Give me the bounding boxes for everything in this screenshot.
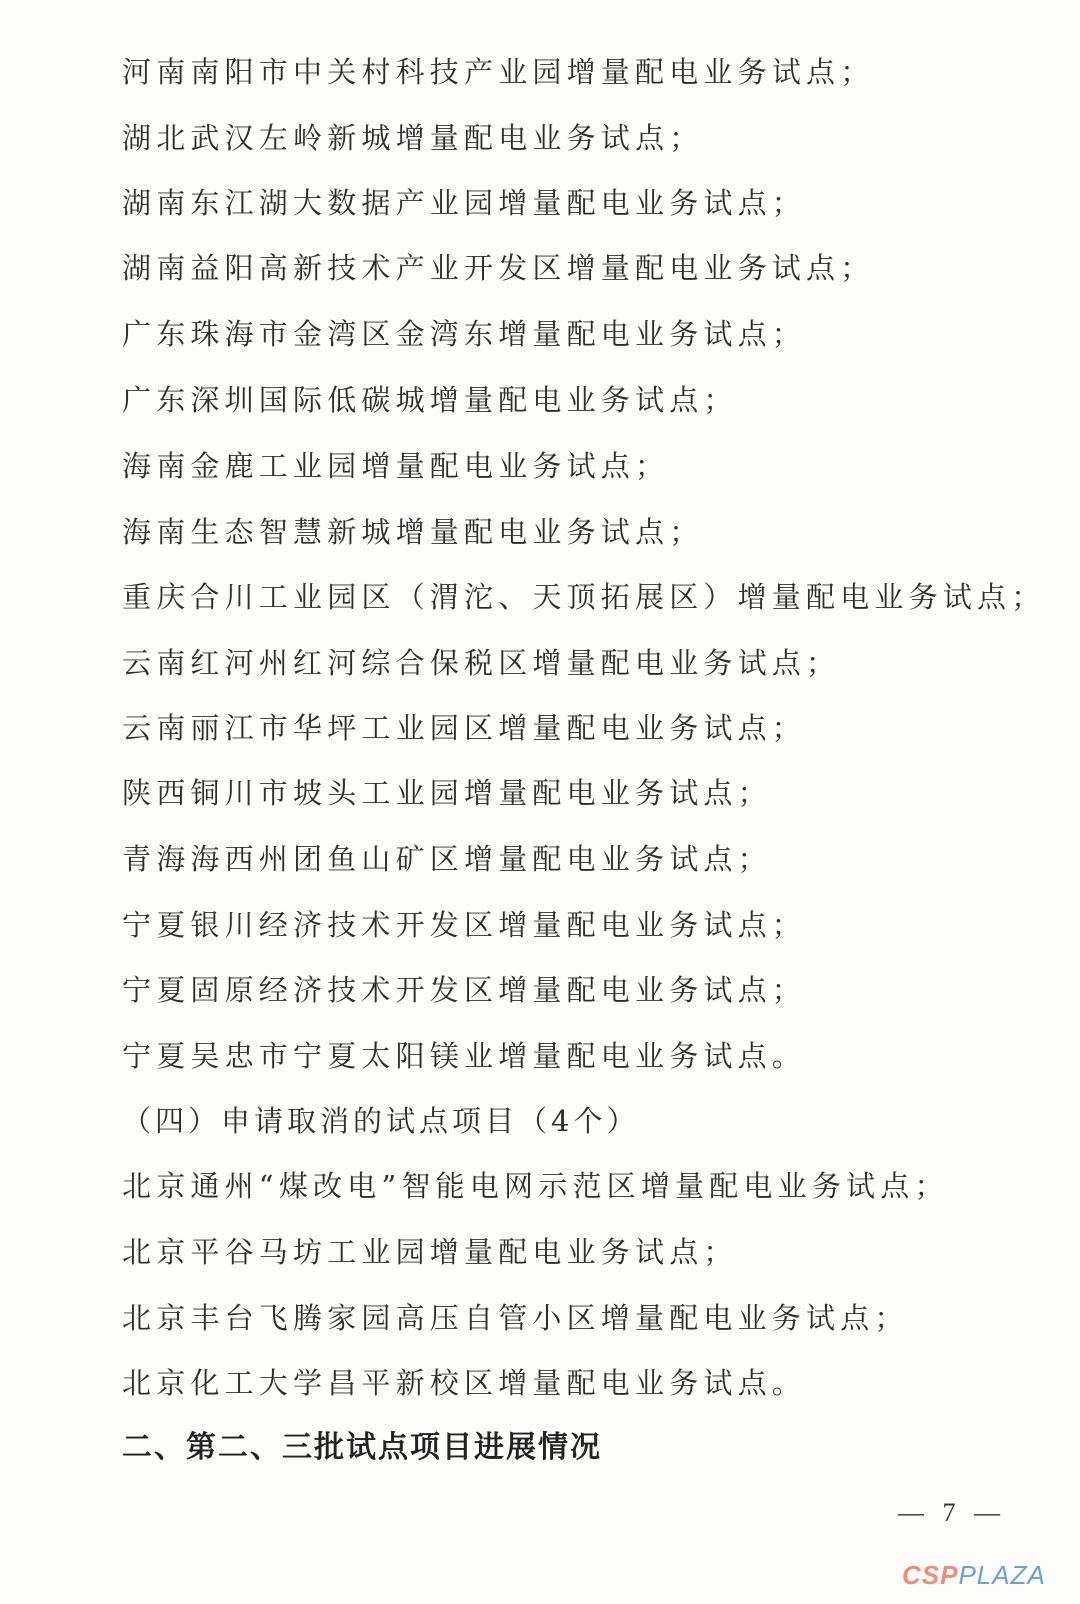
list-item: 海南生态智慧新城增量配电业务试点； — [122, 512, 703, 552]
list-item: 湖南东江湖大数据产业园增量配电业务试点； — [122, 183, 806, 223]
list-item: 广东深圳国际低碳城增量配电业务试点； — [122, 380, 738, 420]
list-item: 陕西铜川市坡头工业园增量配电业务试点； — [122, 773, 772, 813]
watermark-csp: CSP — [902, 1560, 958, 1590]
list-item: 云南红河州红河综合保税区增量配电业务试点； — [122, 643, 840, 683]
list-item: 海南金鹿工业园增量配电业务试点； — [122, 446, 669, 486]
list-item: 云南丽江市华坪工业园区增量配电业务试点； — [122, 708, 806, 748]
document-page: 河南南阳市中关村科技产业园增量配电业务试点； 湖北武汉左岭新城增量配电业务试点；… — [0, 0, 1080, 1604]
list-item: 河南南阳市中关村科技产业园增量配电业务试点； — [122, 52, 874, 92]
watermark-plaza: PLAZA — [958, 1560, 1045, 1590]
watermark-logo: CSPPLAZA — [902, 1560, 1046, 1590]
list-item: 北京通州“煤改电”智能电网示范区增量配电业务试点； — [122, 1166, 949, 1206]
list-item: 宁夏吴忠市宁夏太阳镁业增量配电业务试点。 — [122, 1036, 806, 1076]
list-item: 宁夏银川经济技术开发区增量配电业务试点； — [122, 905, 806, 945]
section-heading: 二、第二、三批试点项目进展情况 — [122, 1428, 602, 1468]
list-item: 北京丰台飞腾家园高压自管小区增量配电业务试点； — [122, 1298, 909, 1338]
list-item: 青海海西州团鱼山矿区增量配电业务试点； — [122, 839, 772, 879]
list-item: 北京化工大学昌平新校区增量配电业务试点。 — [122, 1363, 806, 1403]
list-item: 湖南益阳高新技术产业开发区增量配电业务试点； — [122, 248, 874, 288]
list-item: 北京平谷马坊工业园增量配电业务试点； — [122, 1232, 738, 1272]
page-number: — 7 — — [898, 1498, 1006, 1528]
list-item: 湖北武汉左岭新城增量配电业务试点； — [122, 118, 703, 158]
list-item: 宁夏固原经济技术开发区增量配电业务试点； — [122, 970, 806, 1010]
list-item: 重庆合川工业园区（渭沱、天顶拓展区）增量配电业务试点； — [122, 577, 1045, 617]
section-subheading: （四）申请取消的试点项目（4个） — [122, 1101, 639, 1141]
list-item: 广东珠海市金湾区金湾东增量配电业务试点； — [122, 314, 806, 354]
